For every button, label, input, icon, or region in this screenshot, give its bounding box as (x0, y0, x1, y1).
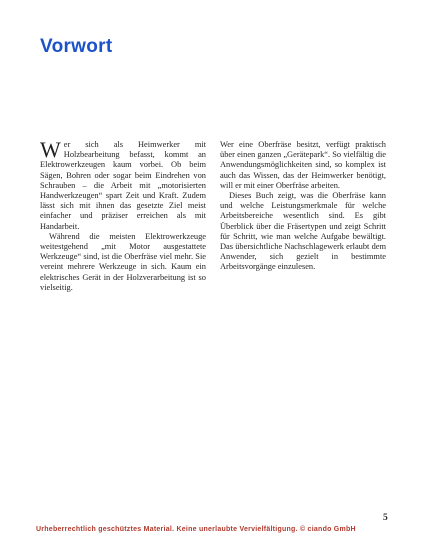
copyright-watermark: Urheberrechtlich geschütztes Material. K… (36, 526, 356, 533)
right-column: Wer eine Oberfräse besitzt, verfügt prak… (220, 140, 386, 293)
paragraph-text: er sich als Heimwerker mit Holzbearbeitu… (40, 140, 206, 231)
paragraph: Dieses Buch zeigt, was die Oberfräse kan… (220, 191, 386, 273)
paragraph: Wer eine Oberfräse besitzt, verfügt prak… (220, 140, 386, 191)
paragraph: Während die meisten Elektrowerkzeuge wei… (40, 232, 206, 293)
book-page: Vorwort Wer sich als Heimwerker mit Holz… (0, 0, 425, 550)
text-columns: Wer sich als Heimwerker mit Holzbearbeit… (40, 140, 386, 293)
paragraph: Wer sich als Heimwerker mit Holzbearbeit… (40, 140, 206, 232)
left-column: Wer sich als Heimwerker mit Holzbearbeit… (40, 140, 206, 293)
page-title: Vorwort (40, 36, 112, 58)
drop-cap: W (40, 141, 64, 158)
page-number: 5 (383, 513, 388, 523)
